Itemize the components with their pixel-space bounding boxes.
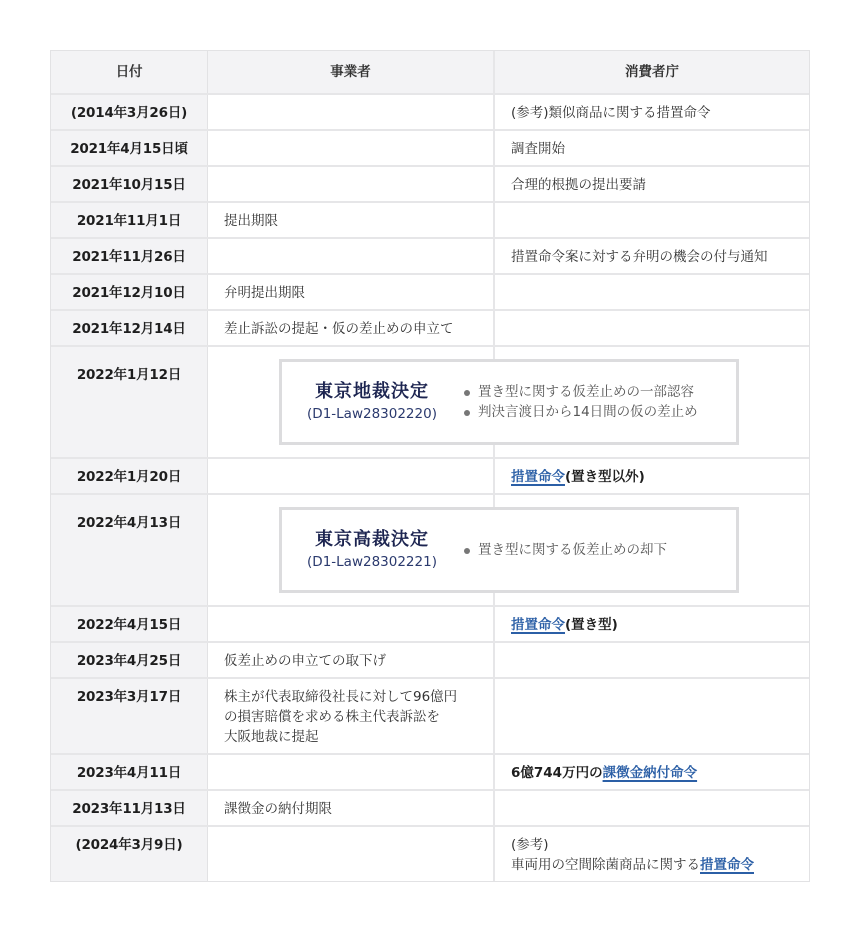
agency-line: (参考) [511, 835, 809, 855]
date-cell: 2021年4月15日頃 [51, 131, 208, 165]
table-row: 2022年4月15日 措置命令(置き型) [51, 605, 809, 641]
date-cell: 2023年4月25日 [51, 643, 208, 677]
header-agency: 消費者庁 [495, 51, 809, 93]
business-cell: 課徴金の納付期限 [208, 791, 495, 825]
date-cell: 2022年1月12日 [51, 347, 208, 457]
agency-cell [495, 643, 809, 677]
table-row: 2021年11月1日 提出期限 [51, 201, 809, 237]
date-cell: 2021年12月14日 [51, 311, 208, 345]
business-cell [208, 459, 495, 493]
business-cell [208, 239, 495, 273]
agency-cell: 調査開始 [495, 131, 809, 165]
table-row: (2024年3月9日) (参考) 車両用の空間除菌商品に関する措置命令 [51, 825, 809, 881]
court-title-block: 東京地裁決定 (D1-Law28302220) [282, 380, 462, 424]
header-date: 日付 [51, 51, 208, 93]
court-title-block: 東京高裁決定 (D1-Law28302221) [282, 528, 462, 572]
table-row: 2023年11月13日 課徴金の納付期限 [51, 789, 809, 825]
business-line: の損害賠償を求める株主代表訴訟を [224, 707, 493, 727]
table-row: 2023年4月11日 6億744万円の課徴金納付命令 [51, 753, 809, 789]
date-cell: 2023年3月17日 [51, 679, 208, 753]
agency-prefix: 6億744万円の [511, 765, 603, 781]
agency-line: 車両用の空間除菌商品に関する措置命令 [511, 855, 809, 875]
measure-order-link[interactable]: 措置命令 [700, 857, 754, 873]
court-name: 東京高裁決定 [282, 528, 462, 552]
table-row-court-decision: 2022年4月13日 東京高裁決定 (D1-Law28302221) 置き型に関… [51, 493, 809, 605]
business-cell: 弁明提出期限 [208, 275, 495, 309]
business-cell [208, 755, 495, 789]
agency-cell: 6億744万円の課徴金納付命令 [495, 755, 809, 789]
agency-cell [495, 311, 809, 345]
agency-cell: 措置命令案に対する弁明の機会の付与通知 [495, 239, 809, 273]
business-cell [208, 827, 495, 881]
court-point: 置き型に関する仮差止めの却下 [462, 540, 667, 560]
measure-order-link[interactable]: 措置命令 [511, 469, 565, 485]
date-cell: 2021年11月1日 [51, 203, 208, 237]
date-cell: 2022年4月15日 [51, 607, 208, 641]
business-line: 大阪地裁に提起 [224, 727, 493, 747]
business-cell: 株主が代表取締役社長に対して96億円 の損害賠償を求める株主代表訴訟を 大阪地裁… [208, 679, 495, 753]
court-reference: (D1-Law28302221) [282, 552, 462, 572]
agency-suffix: (置き型) [565, 617, 618, 633]
court-point: 置き型に関する仮差止めの一部認容 [462, 382, 698, 402]
agency-cell [495, 203, 809, 237]
date-cell: (2014年3月26日) [51, 95, 208, 129]
business-cell [208, 131, 495, 165]
measure-order-link[interactable]: 措置命令 [511, 617, 565, 633]
business-cell [208, 167, 495, 201]
date-cell: 2023年11月13日 [51, 791, 208, 825]
date-cell: 2021年11月26日 [51, 239, 208, 273]
business-cell: 差止訴訟の提起・仮の差止めの申立て [208, 311, 495, 345]
agency-cell: (参考)類似商品に関する措置命令 [495, 95, 809, 129]
table-row: 2021年12月14日 差止訴訟の提起・仮の差止めの申立て [51, 309, 809, 345]
agency-suffix: (置き型以外) [565, 469, 645, 485]
table-row: 2021年4月15日頃 調査開始 [51, 129, 809, 165]
business-line: 株主が代表取締役社長に対して96億円 [224, 687, 493, 707]
table-row: 2023年3月17日 株主が代表取締役社長に対して96億円 の損害賠償を求める株… [51, 677, 809, 753]
table-row: 2021年12月10日 弁明提出期限 [51, 273, 809, 309]
date-cell: 2022年4月13日 [51, 495, 208, 605]
business-cell: 仮差止めの申立ての取下げ [208, 643, 495, 677]
agency-cell: (参考) 車両用の空間除菌商品に関する措置命令 [495, 827, 809, 881]
court-name: 東京地裁決定 [282, 380, 462, 404]
table-row-court-decision: 2022年1月12日 東京地裁決定 (D1-Law28302220) 置き型に関… [51, 345, 809, 457]
date-cell: 2021年10月15日 [51, 167, 208, 201]
court-decision-box: 東京地裁決定 (D1-Law28302220) 置き型に関する仮差止めの一部認容… [279, 359, 739, 445]
agency-prefix: 車両用の空間除菌商品に関する [511, 857, 700, 873]
table-row: (2014年3月26日) (参考)類似商品に関する措置命令 [51, 93, 809, 129]
date-cell: 2022年1月20日 [51, 459, 208, 493]
court-points-list: 置き型に関する仮差止めの一部認容 判決言渡日から14日間の仮の差止め [462, 382, 698, 422]
date-cell: 2023年4月11日 [51, 755, 208, 789]
agency-cell: 措置命令(置き型以外) [495, 459, 809, 493]
agency-cell [495, 275, 809, 309]
date-cell: 2021年12月10日 [51, 275, 208, 309]
agency-cell [495, 679, 809, 753]
business-cell [208, 607, 495, 641]
business-cell [208, 95, 495, 129]
table-row: 2022年1月20日 措置命令(置き型以外) [51, 457, 809, 493]
timeline-table: 日付 事業者 消費者庁 (2014年3月26日) (参考)類似商品に関する措置命… [50, 50, 810, 882]
agency-cell [495, 791, 809, 825]
court-reference: (D1-Law28302220) [282, 404, 462, 424]
date-cell: (2024年3月9日) [51, 827, 208, 881]
table-row: 2023年4月25日 仮差止めの申立ての取下げ [51, 641, 809, 677]
header-business: 事業者 [208, 51, 495, 93]
table-row: 2021年10月15日 合理的根拠の提出要請 [51, 165, 809, 201]
surcharge-order-link[interactable]: 課徴金納付命令 [603, 765, 698, 781]
court-decision-box: 東京高裁決定 (D1-Law28302221) 置き型に関する仮差止めの却下 [279, 507, 739, 593]
agency-cell: 措置命令(置き型) [495, 607, 809, 641]
table-header: 日付 事業者 消費者庁 [51, 51, 809, 93]
court-point: 判決言渡日から14日間の仮の差止め [462, 402, 698, 422]
table-row: 2021年11月26日 措置命令案に対する弁明の機会の付与通知 [51, 237, 809, 273]
business-cell: 提出期限 [208, 203, 495, 237]
agency-cell: 合理的根拠の提出要請 [495, 167, 809, 201]
court-points-list: 置き型に関する仮差止めの却下 [462, 540, 667, 560]
